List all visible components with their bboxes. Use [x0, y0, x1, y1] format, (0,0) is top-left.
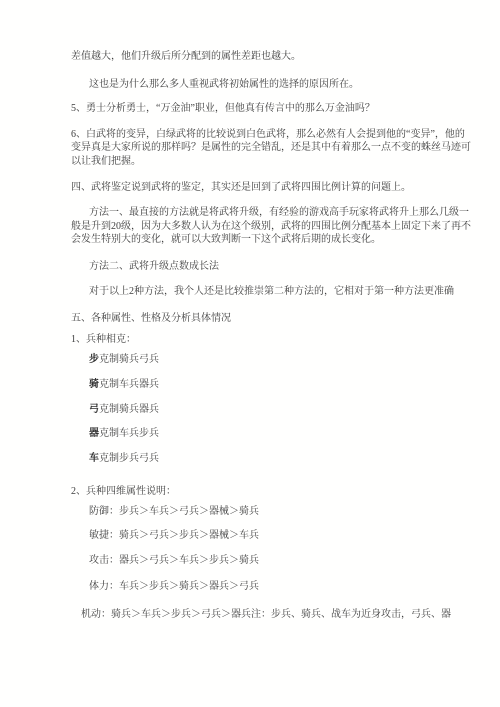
doc-paragraph: 差值越大，他们升级后所分配到的属性差距也越大。 — [71, 50, 474, 64]
section-heading-5: 五、各种属性、性格及分析具体情况 — [71, 312, 474, 326]
unit-name: 弓 — [89, 404, 99, 415]
list-item-attribute-agility: 敏捷：骑兵＞弓兵＞步兵＞器械＞车兵 — [71, 529, 474, 543]
unit-name: 器 — [89, 428, 99, 439]
doc-paragraph-method-1: 方法一、最直接的方法就是将武将升级，有经验的游戏高手玩家将武将升上那么几级一般是… — [71, 206, 474, 247]
doc-numbered-item-6: 6、白武将的变异，白绿武将的比较说到白色武将，那么必然有人会提到他的“变异”，他… — [71, 128, 474, 169]
list-item-attribute-stamina: 体力：车兵＞步兵＞骑兵＞器兵＞弓兵 — [71, 580, 474, 594]
document-page: 差值越大，他们升级后所分配到的属性差距也越大。 这也是为什么那么多人重视武将初始… — [0, 0, 500, 707]
subsection-heading-1: 1、兵种相克： — [71, 333, 474, 347]
list-item-attribute-attack: 攻击：器兵＞弓兵＞车兵＞步兵＞骑兵 — [71, 554, 474, 568]
unit-name: 车 — [89, 453, 99, 464]
counter-text: 克制骑兵弓兵 — [99, 354, 159, 365]
list-item-attribute-mobility: 机动：骑兵＞车兵＞步兵＞弓兵＞器兵注：步兵、骑兵、战车为近身攻击，弓兵、器 — [71, 608, 474, 622]
section-heading-4: 四、武将鉴定说到武将的鉴定，其实还是回到了武将四围比例计算的问题上。 — [71, 181, 474, 195]
list-item-attribute-defense: 防御：步兵＞车兵＞弓兵＞器械＞骑兵 — [71, 505, 474, 519]
doc-paragraph: 对于以上2种方法，我个人还是比较推崇第二种方法的，它相对于第一种方法更准确 — [71, 285, 474, 299]
unit-name: 骑 — [89, 379, 99, 390]
list-item-counter: 步克制骑兵弓兵 — [71, 353, 474, 367]
list-item-counter: 器克制车兵步兵 — [71, 427, 474, 441]
list-item-counter: 弓克制骑兵器兵 — [71, 403, 474, 417]
counter-text: 克制步兵弓兵 — [99, 453, 159, 464]
counter-text: 克制车兵步兵 — [99, 428, 159, 439]
counter-text: 克制车兵器兵 — [99, 379, 159, 390]
doc-paragraph: 这也是为什么那么多人重视武将初始属性的选择的原因所在。 — [71, 78, 474, 92]
counter-text: 克制骑兵器兵 — [99, 404, 159, 415]
list-item-counter: 车克制步兵弓兵 — [71, 452, 474, 466]
subsection-heading-2: 2、兵种四维属性说明： — [71, 485, 474, 499]
list-item-counter: 骑克制车兵器兵 — [71, 378, 474, 392]
doc-numbered-item-5: 5、勇士分析勇士，“万金油”职业，但他真有传言中的那么万金油吗？ — [71, 102, 474, 116]
unit-name: 步 — [89, 354, 99, 365]
doc-paragraph-method-2: 方法二、武将升级点数成长法 — [71, 260, 474, 274]
